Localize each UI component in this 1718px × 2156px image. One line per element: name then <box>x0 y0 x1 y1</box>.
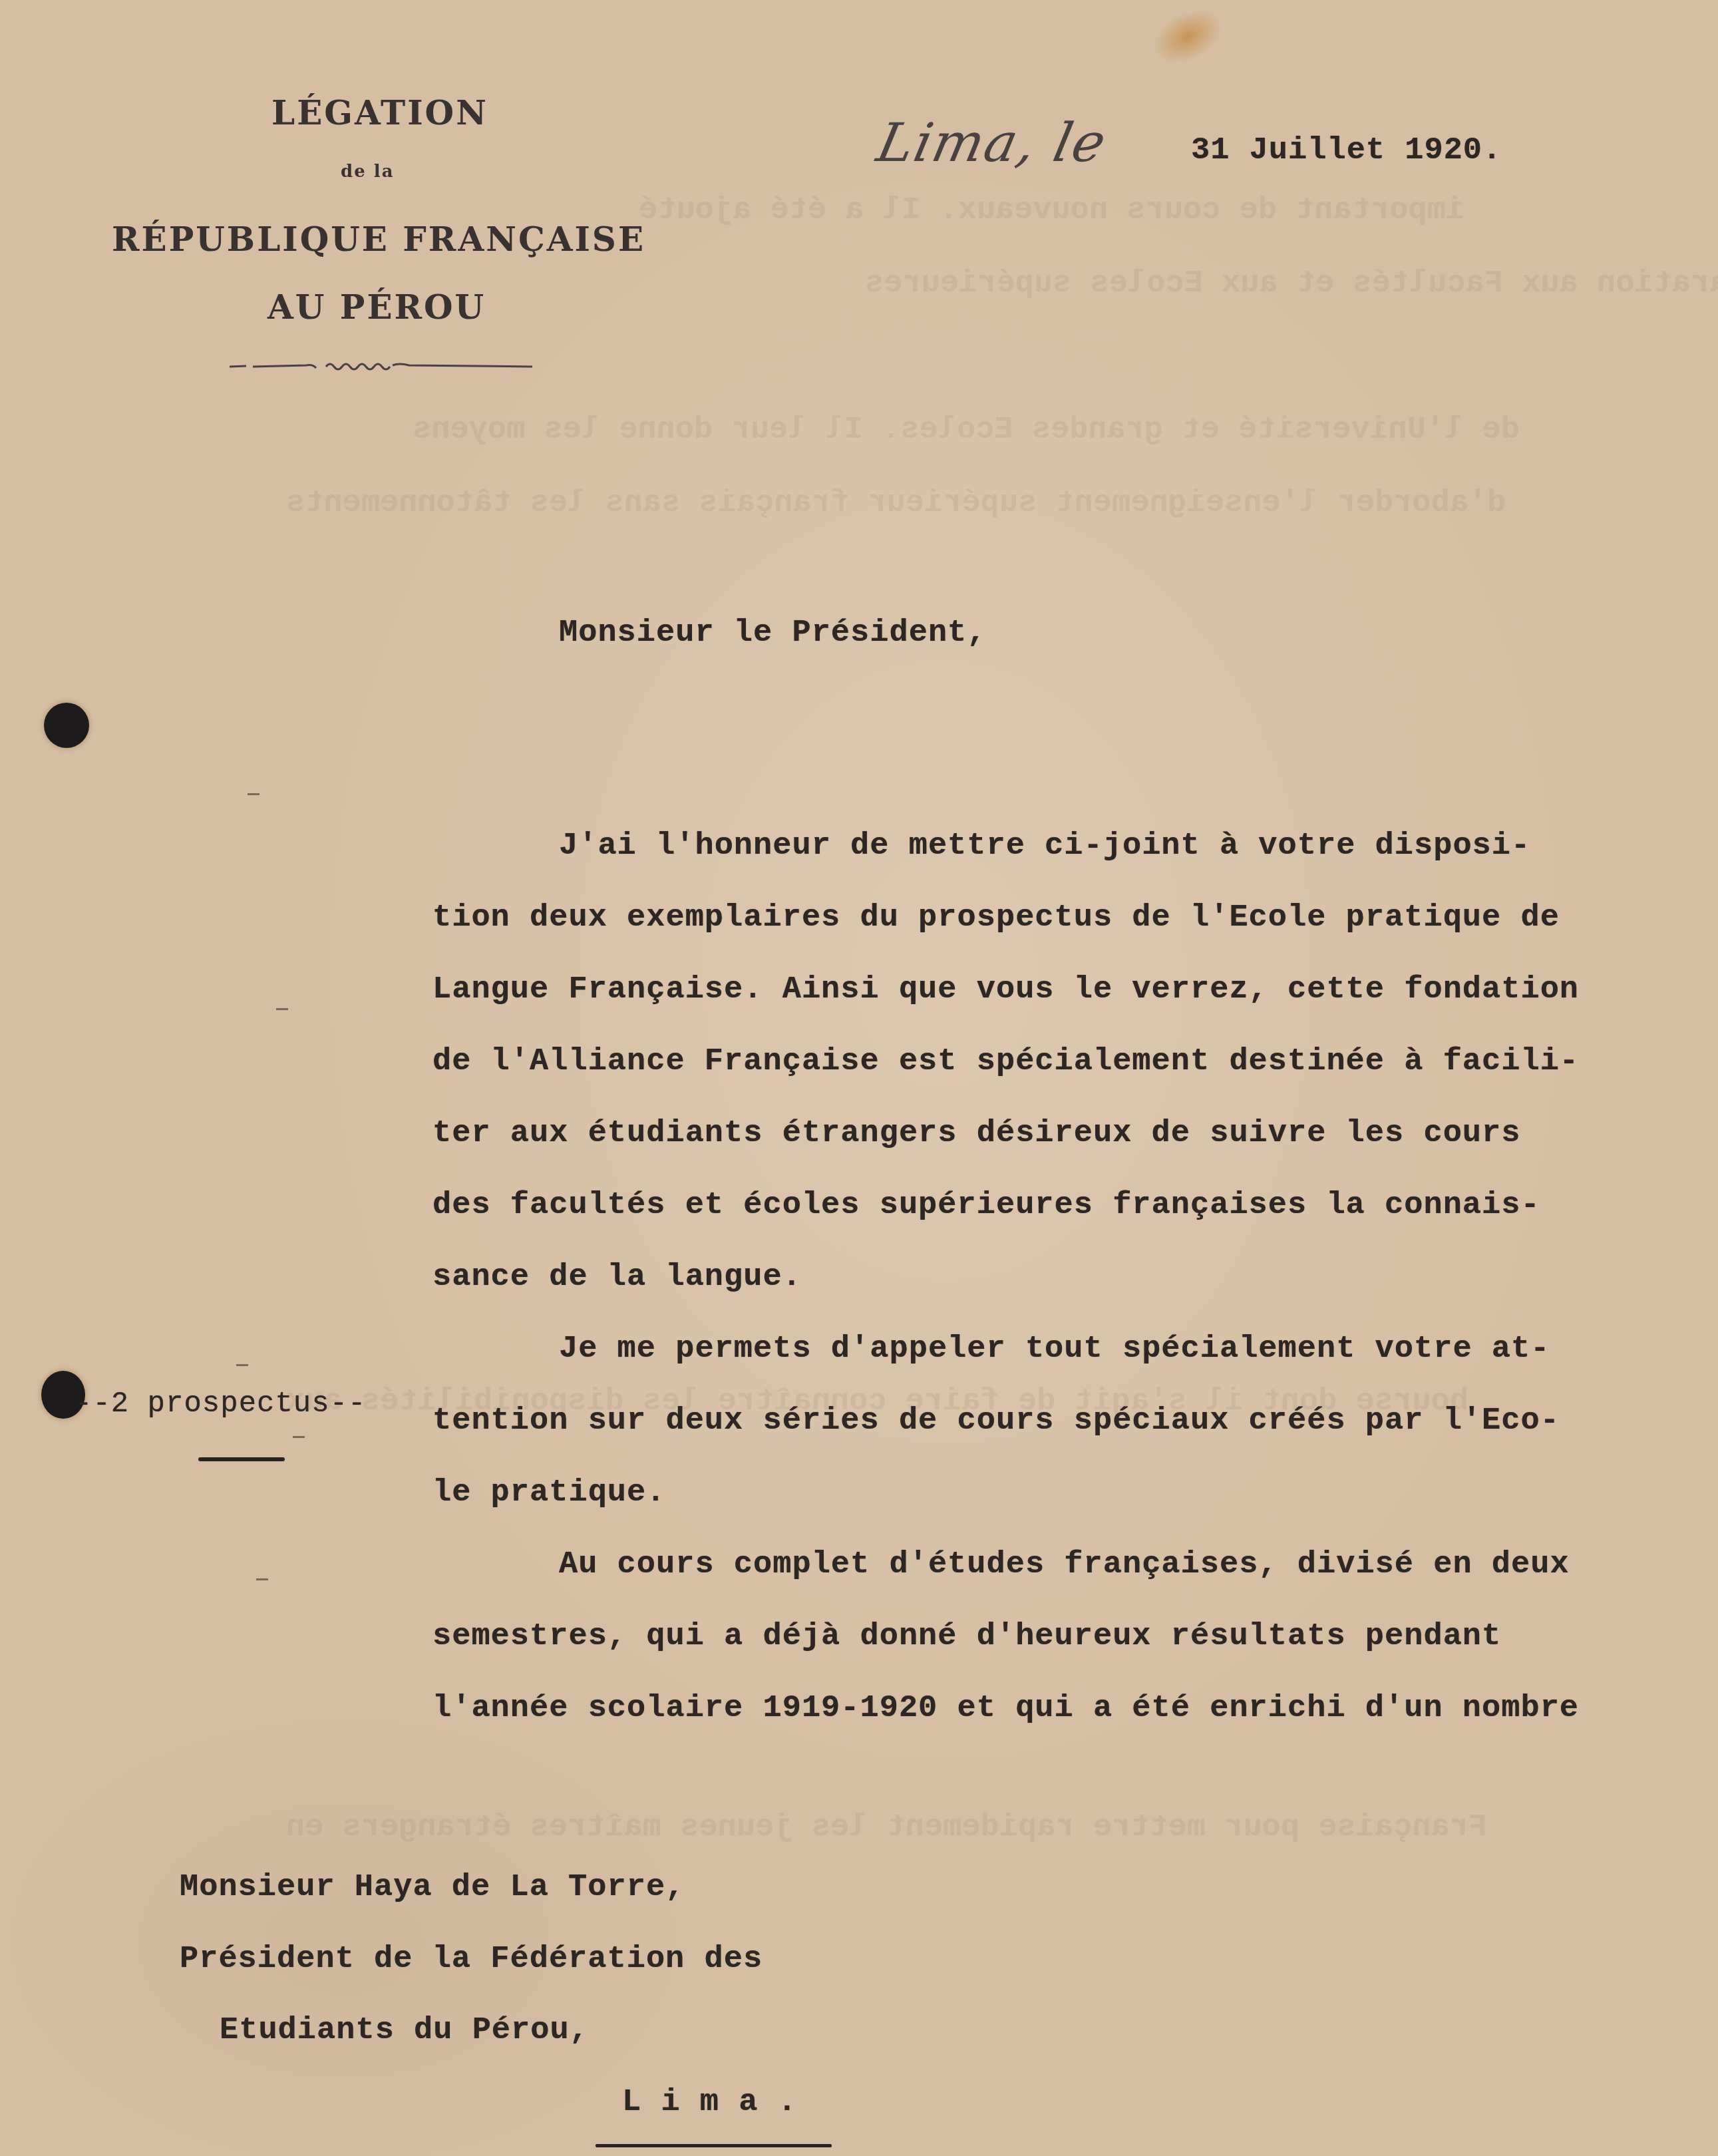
body-line: Langue Française. Ainsi que vous le verr… <box>432 972 1579 1007</box>
margin-tick <box>276 1008 288 1010</box>
body-line: Au cours complet d'études françaises, di… <box>559 1547 1570 1582</box>
margin-tick <box>248 793 259 795</box>
show-through-text: 1° une préparation aux Facultés et aux E… <box>865 266 1718 301</box>
body-line: Je me permets d'appeler tout spécialemen… <box>559 1332 1550 1367</box>
margin-tick <box>236 1364 248 1366</box>
show-through-text: de l'Université et grandes Ecoles. Il le… <box>413 413 1520 448</box>
body-line: l'année scolaire 1919-1920 et qui a été … <box>432 1691 1579 1726</box>
letterhead-au-perou: AU PÉROU <box>267 287 486 327</box>
dateline-date: 31 Juillet 1920. <box>1191 133 1502 168</box>
body-line: tention sur deux séries de cours spéciau… <box>432 1403 1560 1439</box>
show-through-text: important de cours nouveaux. Il a été aj… <box>639 193 1464 228</box>
body-line: le pratique. <box>432 1475 665 1511</box>
dateline-place: Lima, le <box>872 112 1113 174</box>
letterhead-de-la: de la <box>341 162 395 182</box>
letterhead-republique-francaise: RÉPUBLIQUE FRANÇAISE <box>112 220 645 259</box>
margin-tick <box>293 1436 305 1438</box>
body-line: semestres, qui a déjà donné d'heureux ré… <box>432 1619 1501 1654</box>
body-line: sance de la langue. <box>432 1260 802 1295</box>
body-line: J'ai l'honneur de mettre ci-joint à votr… <box>559 828 1530 864</box>
paper-stain <box>1144 0 1231 75</box>
address-city-underline <box>596 2144 832 2147</box>
letterhead-legation: LÉGATION <box>271 93 488 132</box>
ornament-rule-icon <box>226 356 532 376</box>
margin-underline <box>198 1457 285 1461</box>
address-city: L i m a . <box>622 2085 797 2120</box>
address-recipient: Monsieur Haya de La Torre, <box>180 1870 685 1905</box>
show-through-text: d'aborder l'enseignement supérieur franç… <box>286 486 1506 521</box>
salutation: Monsieur le Président, <box>559 616 987 651</box>
body-line: des facultés et écoles supérieures franç… <box>432 1188 1540 1223</box>
address-title: Président de la Fédération des <box>180 1942 763 1977</box>
margin-note-enclosure: --2 prospectus-- <box>75 1387 366 1421</box>
show-through-text: Française pour mettre rapidement les jeu… <box>286 1810 1487 1845</box>
body-line: tion deux exemplaires du prospectus de l… <box>432 900 1560 936</box>
margin-tick <box>256 1578 268 1580</box>
body-line: de l'Alliance Française est spécialement… <box>432 1044 1579 1079</box>
body-line: ter aux étudiants étrangers désireux de … <box>432 1116 1520 1151</box>
address-organization: Etudiants du Pérou, <box>220 2013 589 2048</box>
punch-hole-top <box>44 703 89 748</box>
